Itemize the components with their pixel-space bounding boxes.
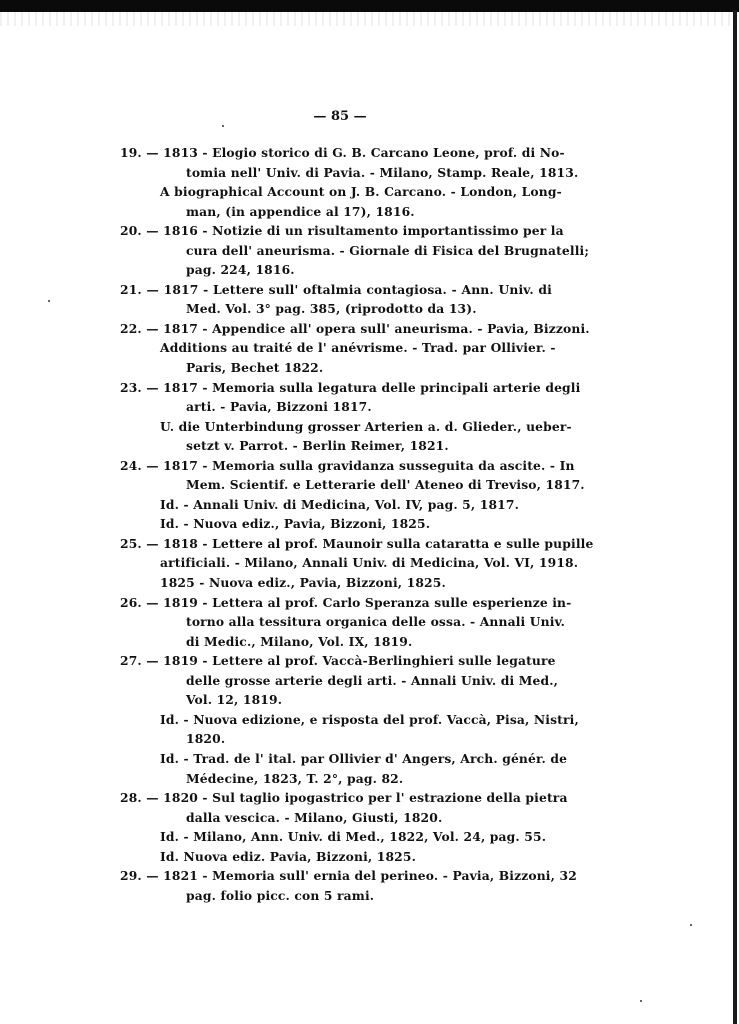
- scan-noise: [0, 12, 739, 26]
- bibliography-entry-29: 29. — 1821 - Memoria sull' ernia del per…: [120, 866, 552, 905]
- entry-continuation-line: arti. - Pavia, Bizzoni 1817.: [120, 397, 552, 417]
- bibliography-entry-24: 24. — 1817 - Memoria sulla gravidanza su…: [120, 456, 552, 534]
- entry-heading-line: 24. — 1817 - Memoria sulla gravidanza su…: [120, 456, 552, 476]
- scan-top-border: [0, 0, 739, 12]
- entry-continuation-line: setzt v. Parrot. - Berlin Reimer, 1821.: [120, 436, 552, 456]
- entry-continuation-line: pag. 224, 1816.: [120, 260, 552, 280]
- entry-continuation-line: Médecine, 1823, T. 2°, pag. 82.: [120, 769, 552, 789]
- entry-continuation-line: delle grosse arterie degli arti. - Annal…: [120, 671, 552, 691]
- bibliography-entry-22: 22. — 1817 - Appendice all' opera sull' …: [120, 319, 552, 378]
- bibliography-list: 19. — 1813 - Elogio storico di G. B. Car…: [120, 143, 552, 905]
- scan-speck: [222, 125, 224, 127]
- entry-continuation-line: U. die Unterbindung grosser Arterien a. …: [120, 417, 552, 437]
- entry-heading-line: 23. — 1817 - Memoria sulla legatura dell…: [120, 378, 552, 398]
- entry-continuation-line: Id. - Milano, Ann. Univ. di Med., 1822, …: [120, 827, 552, 847]
- entry-continuation-line: cura dell' aneurisma. - Giornale di Fisi…: [120, 241, 552, 261]
- entry-continuation-line: artificiali. - Milano, Annali Univ. di M…: [120, 553, 552, 573]
- entry-continuation-line: Id. Nuova ediz. Pavia, Bizzoni, 1825.: [120, 847, 552, 867]
- scan-speck: [690, 924, 692, 926]
- scan-right-border: [733, 10, 737, 1024]
- entry-heading-line: 25. — 1818 - Lettere al prof. Maunoir su…: [120, 534, 552, 554]
- scan-speck: [48, 300, 50, 302]
- bibliography-entry-26: 26. — 1819 - Lettera al prof. Carlo Sper…: [120, 593, 552, 652]
- entry-continuation-line: Id. - Annali Univ. di Medicina, Vol. IV,…: [120, 495, 552, 515]
- bibliography-entry-23: 23. — 1817 - Memoria sulla legatura dell…: [120, 378, 552, 456]
- entry-continuation-line: pag. folio picc. con 5 rami.: [120, 886, 552, 906]
- entry-heading-line: 19. — 1813 - Elogio storico di G. B. Car…: [120, 143, 552, 163]
- entry-heading-line: 28. — 1820 - Sul taglio ipogastrico per …: [120, 788, 552, 808]
- entry-continuation-line: Id. - Nuova ediz., Pavia, Bizzoni, 1825.: [120, 514, 552, 534]
- entry-continuation-line: Id. - Nuova edizione, e risposta del pro…: [120, 710, 552, 730]
- entry-heading-line: 29. — 1821 - Memoria sull' ernia del per…: [120, 866, 552, 886]
- entry-continuation-line: di Medic., Milano, Vol. IX, 1819.: [120, 632, 552, 652]
- entry-continuation-line: Paris, Bechet 1822.: [120, 358, 552, 378]
- entry-continuation-line: Med. Vol. 3° pag. 385, (riprodotto da 13…: [120, 299, 552, 319]
- entry-continuation-line: man, (in appendice al 17), 1816.: [120, 202, 552, 222]
- bibliography-entry-28: 28. — 1820 - Sul taglio ipogastrico per …: [120, 788, 552, 866]
- entry-heading-line: 22. — 1817 - Appendice all' opera sull' …: [120, 319, 552, 339]
- entry-continuation-line: Mem. Scientif. e Letterarie dell' Ateneo…: [120, 475, 552, 495]
- entry-heading-line: 27. — 1819 - Lettere al prof. Vaccà-Berl…: [120, 651, 552, 671]
- bibliography-entry-19: 19. — 1813 - Elogio storico di G. B. Car…: [120, 143, 552, 221]
- entry-heading-line: 26. — 1819 - Lettera al prof. Carlo Sper…: [120, 593, 552, 613]
- entry-heading-line: 21. — 1817 - Lettere sull' oftalmia cont…: [120, 280, 552, 300]
- entry-continuation-line: tomia nell' Univ. di Pavia. - Milano, St…: [120, 163, 552, 183]
- page-number: — 85 —: [0, 109, 680, 124]
- entry-continuation-line: 1820.: [120, 729, 552, 749]
- bibliography-entry-20: 20. — 1816 - Notizie di un risultamento …: [120, 221, 552, 280]
- entry-continuation-line: dalla vescica. - Milano, Giusti, 1820.: [120, 808, 552, 828]
- entry-continuation-line: A biographical Account on J. B. Carcano.…: [120, 182, 552, 202]
- entry-continuation-line: Vol. 12, 1819.: [120, 690, 552, 710]
- entry-heading-line: 20. — 1816 - Notizie di un risultamento …: [120, 221, 552, 241]
- bibliography-entry-21: 21. — 1817 - Lettere sull' oftalmia cont…: [120, 280, 552, 319]
- scan-speck: [640, 1000, 642, 1002]
- bibliography-entry-25: 25. — 1818 - Lettere al prof. Maunoir su…: [120, 534, 552, 593]
- entry-continuation-line: Id. - Trad. de l' ital. par Ollivier d' …: [120, 749, 552, 769]
- entry-continuation-line: Additions au traité de l' anévrisme. - T…: [120, 338, 552, 358]
- entry-continuation-line: torno alla tessitura organica delle ossa…: [120, 612, 552, 632]
- entry-continuation-line: 1825 - Nuova ediz., Pavia, Bizzoni, 1825…: [120, 573, 552, 593]
- bibliography-entry-27: 27. — 1819 - Lettere al prof. Vaccà-Berl…: [120, 651, 552, 788]
